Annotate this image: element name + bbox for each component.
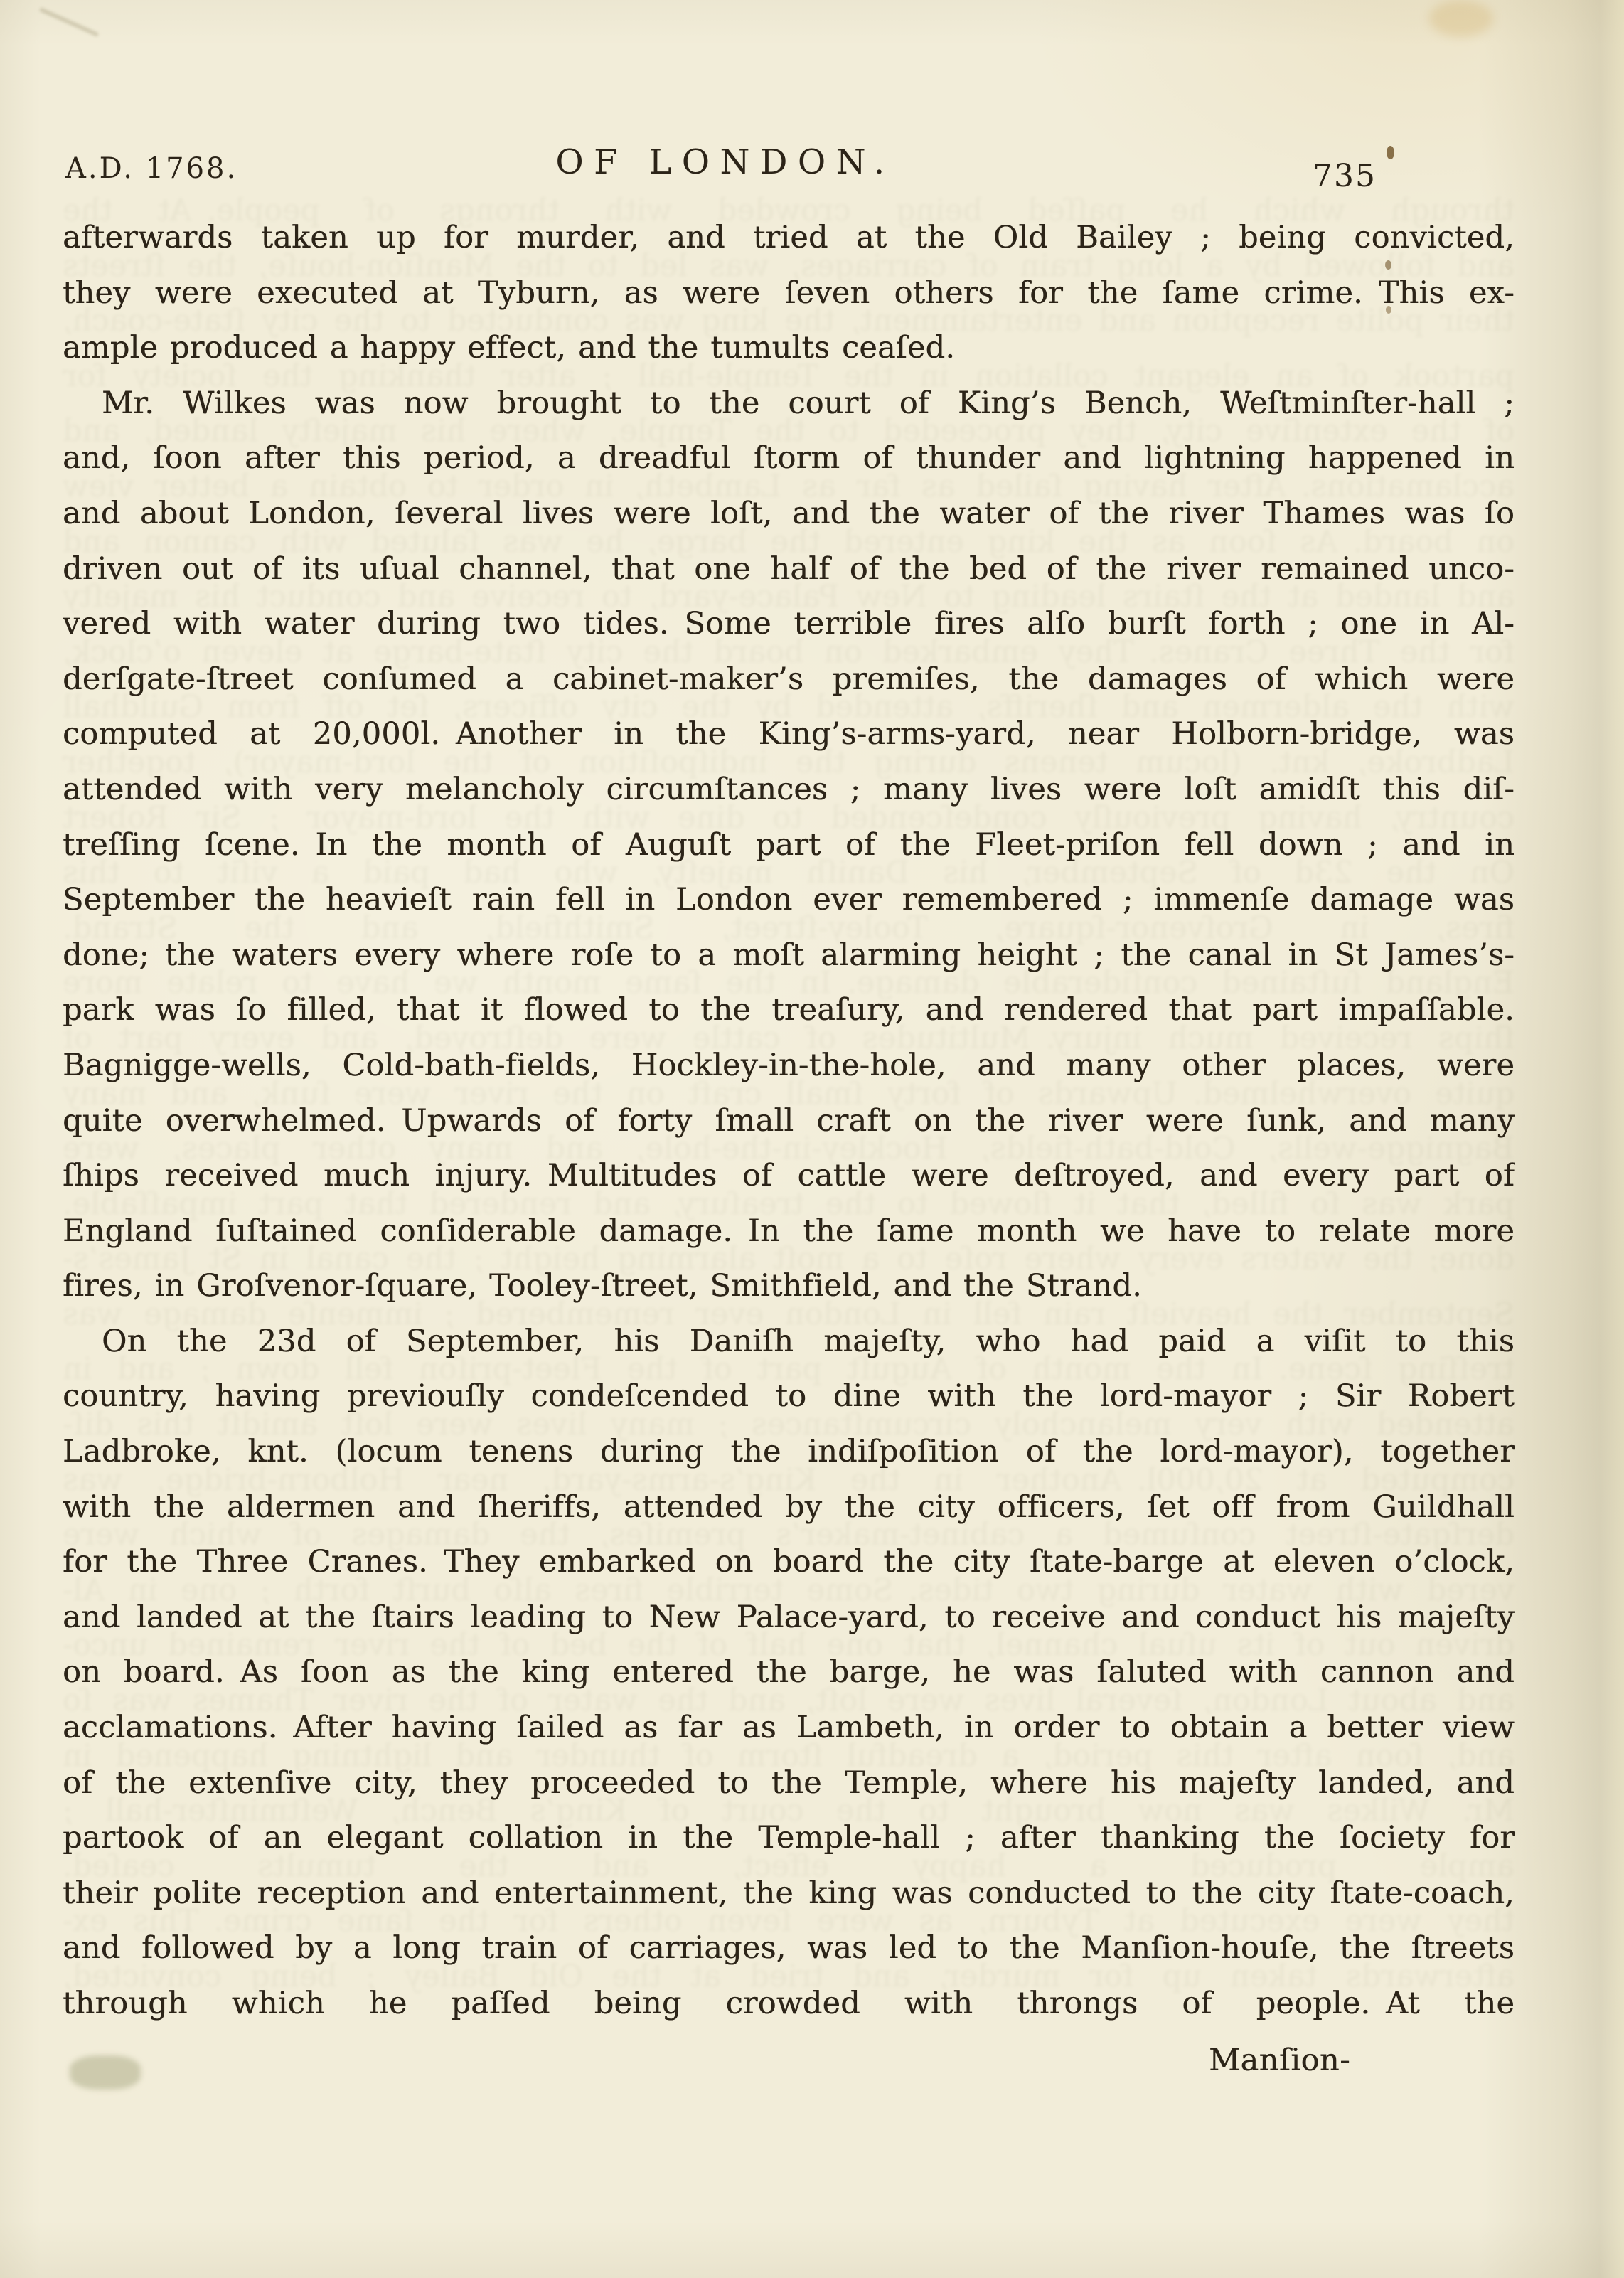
ink-smudge (70, 2055, 141, 2090)
text-line: and, ſoon after this period, a dreadful … (63, 431, 1515, 486)
text-line: quite overwhelmed. Upwards of forty ſmal… (63, 1094, 1515, 1149)
text-line: acclamations. After having ſailed as far… (63, 1700, 1515, 1756)
page-body-text: afterwards taken up for murder, and trie… (63, 211, 1515, 2032)
text-line: Bagnigge-wells, Cold-bath-fields, Hockle… (63, 1038, 1515, 1094)
text-line: computed at 20,000l. Another in the King… (63, 707, 1515, 762)
text-line: On the 23d of September, his Daniſh maje… (63, 1314, 1515, 1370)
text-line: and about London, ſeveral lives were loſ… (63, 486, 1515, 542)
text-line: partook of an elegant collation in the T… (63, 1811, 1515, 1866)
text-line: they were executed at Tyburn, as were ſe… (63, 266, 1515, 321)
text-line: Mr. Wilkes was now brought to the court … (63, 376, 1515, 432)
text-line: for the Three Cranes. They embarked on b… (63, 1535, 1515, 1590)
text-line: treſſing ſcene. In the month of Auguſt p… (63, 818, 1515, 873)
text-line: with the aldermen and ſheriffs, attended… (63, 1480, 1515, 1535)
text-line: Ladbroke, knt. (locum tenens during the … (63, 1425, 1515, 1480)
header-date: A.D. 1768. (65, 152, 237, 185)
page-header: A.D. 1768. OF LONDON. 735 (63, 142, 1515, 206)
paper-stain (1429, 0, 1493, 37)
text-line: ample produced a happy effect, and the t… (63, 321, 1515, 376)
text-line: park was ſo filled, that it flowed to th… (63, 983, 1515, 1038)
text-line: on board. As ſoon as the king entered th… (63, 1645, 1515, 1700)
text-line: attended with very melancholy circumſtan… (63, 762, 1515, 818)
text-line: through which he paſſed being crowded wi… (63, 1976, 1515, 2032)
text-line: and followed by a long train of carriage… (63, 1921, 1515, 1976)
text-line: and landed at the ſtairs leading to New … (63, 1590, 1515, 1646)
catchword: Manſion- (1209, 2043, 1350, 2078)
text-line: vered with water during two tides. Some … (63, 597, 1515, 652)
text-line: country, having previouſly condeſcended … (63, 1369, 1515, 1425)
paper-scratch (39, 7, 100, 37)
text-line: derſgate-ſtreet conſumed a cabinet-maker… (63, 652, 1515, 708)
text-line: driven out of its uſual channel, that on… (63, 542, 1515, 597)
book-page: through which he paſſed being crowded wi… (0, 0, 1624, 2278)
text-line: ſhips received much injury. Multitudes o… (63, 1149, 1515, 1204)
text-line: afterwards taken up for murder, and trie… (63, 211, 1515, 266)
text-line: September the heavieſt rain fell in Lond… (63, 873, 1515, 928)
text-line: of the extenſive city, they proceeded to… (63, 1756, 1515, 1811)
page-number: 735 (1313, 158, 1377, 194)
header-title: OF LONDON. (555, 142, 894, 182)
text-line: their polite reception and entertainment… (63, 1866, 1515, 1922)
text-line: England ſuſtained conſiderable damage. I… (63, 1204, 1515, 1260)
text-line: fires, in Groſvenor-ſquare, Tooley-ſtree… (63, 1259, 1515, 1314)
text-line: done; the waters every where roſe to a m… (63, 928, 1515, 984)
